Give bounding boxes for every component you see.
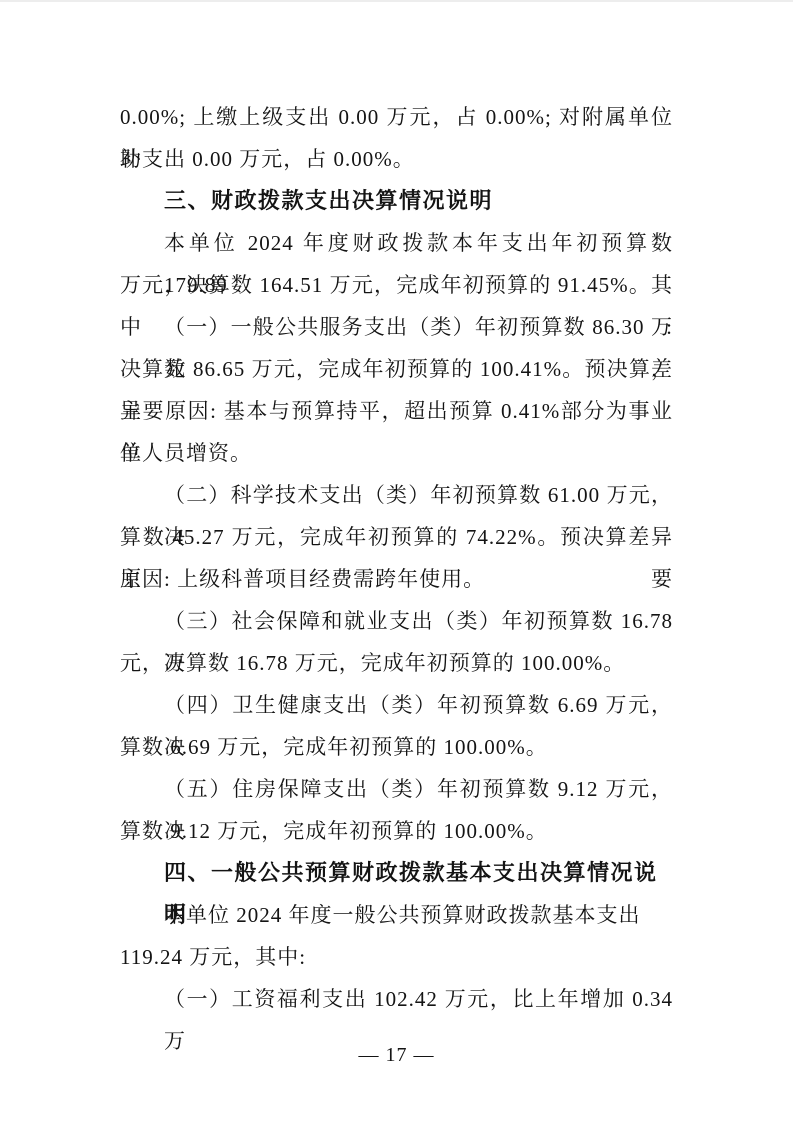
paragraph-line: 主要原因: 基本与预算持平，超出预算 0.41%部分为事业单 — [120, 390, 673, 432]
paragraph-line: （五）住房保障支出（类）年初预算数 9.12 万元，决 — [120, 768, 673, 810]
paragraph-line: 119.24 万元，其中: — [120, 936, 673, 978]
paragraph-line: 算数 6.69 万元，完成年初预算的 100.00%。 — [120, 726, 673, 768]
paragraph-line: （四）卫生健康支出（类）年初预算数 6.69 万元，决 — [120, 684, 673, 726]
document-viewport: { "page": { "background": "#ffffff", "te… — [0, 0, 793, 1122]
paragraph-line: 决算数 86.65 万元，完成年初预算的 100.41%。预决算差异 — [120, 348, 673, 390]
paragraph-line: （一）工资福利支出 102.42 万元，比上年增加 0.34 万 — [120, 978, 673, 1020]
paragraph-line: 算数 9.12 万元，完成年初预算的 100.00%。 — [120, 810, 673, 852]
section-heading: 三、财政拨款支出决算情况说明 — [120, 180, 673, 222]
paragraph-line: 万元，决算数 164.51 万元，完成年初预算的 91.45%。其中: — [120, 264, 673, 306]
paragraph-line: （三）社会保障和就业支出（类）年初预算数 16.78 万 — [120, 600, 673, 642]
document-content: 0.00%; 上缴上级支出 0.00 万元，占 0.00%; 对附属单位补助支出… — [120, 96, 673, 1020]
paragraph-line: 本单位 2024 年度财政拨款本年支出年初预算数 179.89 — [120, 222, 673, 264]
paragraph-line: （一）一般公共服务支出（类）年初预算数 86.30 万元， — [120, 306, 673, 348]
paragraph-line: 算数 45.27 万元，完成年初预算的 74.22%。预决算差异主要 — [120, 516, 673, 558]
section-heading: 四、一般公共预算财政拨款基本支出决算情况说明 — [120, 852, 673, 894]
paragraph-line: 0.00%; 上缴上级支出 0.00 万元，占 0.00%; 对附属单位补 — [120, 96, 673, 138]
document-page: 0.00%; 上缴上级支出 0.00 万元，占 0.00%; 对附属单位补助支出… — [0, 0, 793, 1122]
paragraph-line: 助支出 0.00 万元，占 0.00%。 — [120, 138, 673, 180]
paragraph-line: 位人员增资。 — [120, 432, 673, 474]
paragraph-line: 元，决算数 16.78 万元，完成年初预算的 100.00%。 — [120, 642, 673, 684]
page-footer: — 17 — — [0, 1034, 793, 1076]
paragraph-line: 本单位 2024 年度一般公共预算财政拨款基本支出 — [120, 894, 673, 936]
paragraph-line: （二）科学技术支出（类）年初预算数 61.00 万元，决 — [120, 474, 673, 516]
page-number: — 17 — — [359, 1044, 435, 1066]
